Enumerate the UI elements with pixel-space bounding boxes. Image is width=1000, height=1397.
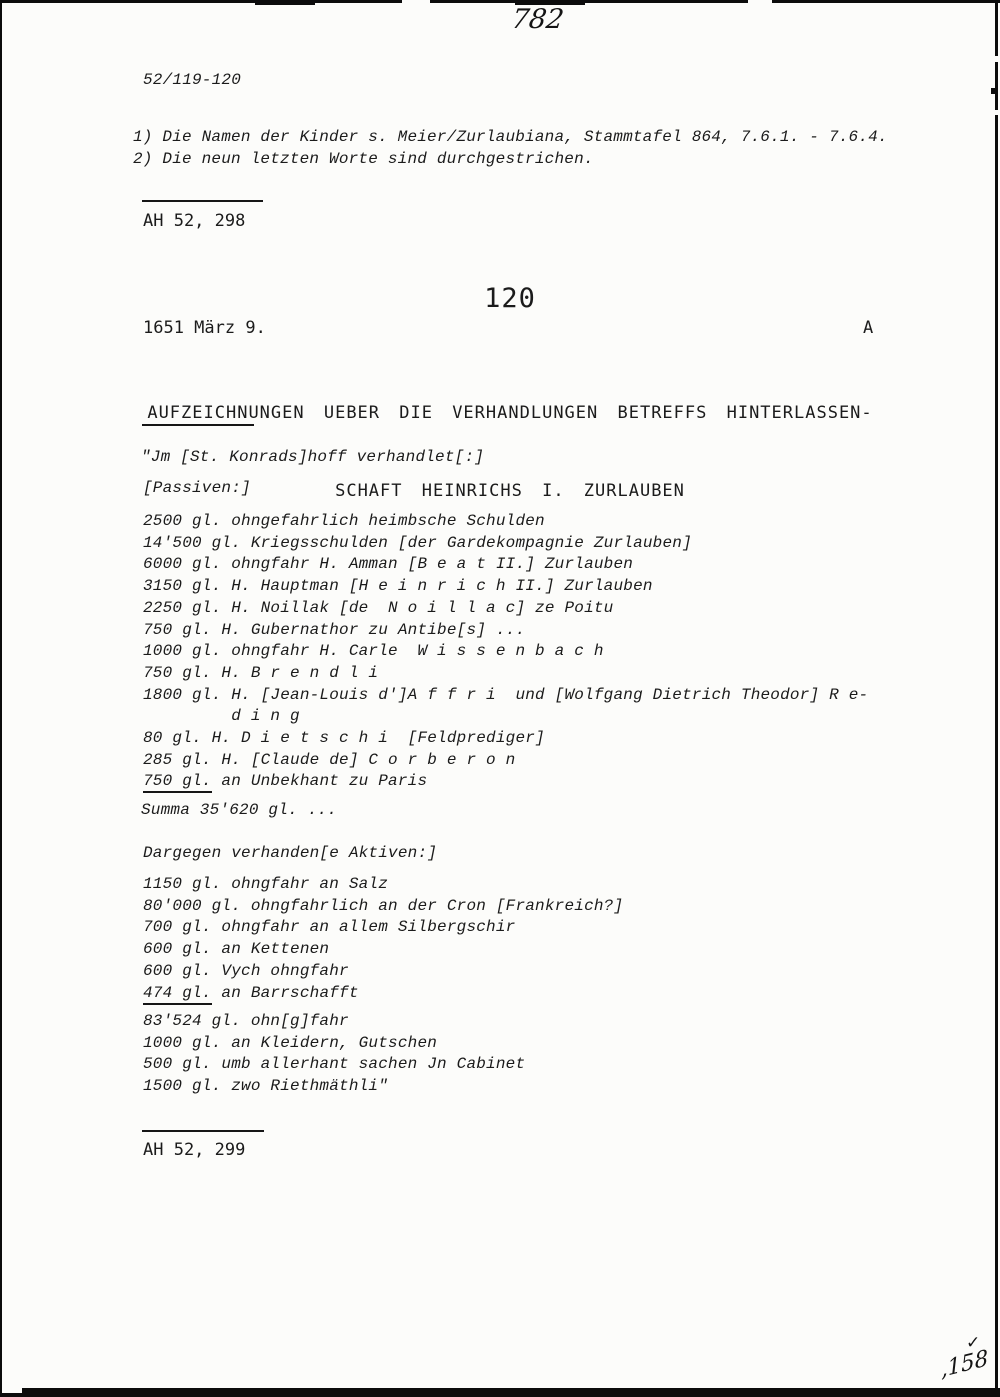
document-line: 600 gl. an Kettenen xyxy=(143,939,623,961)
source-citation-prev: AH 52, 298 xyxy=(143,211,245,231)
document-title-line2: SCHAFT HEINRICHS I. ZURLAUBEN xyxy=(143,478,877,504)
scanned-document-page: 782 52/119-120 1) Die Namen der Kinder s… xyxy=(0,0,1000,1397)
document-line: 83'524 gl. ohn[g]fahr xyxy=(143,1011,525,1033)
aktiven-list: 1150 gl. ohngfahr an Salz80'000 gl. ohng… xyxy=(143,874,623,1004)
archive-reference: 52/119-120 xyxy=(143,71,241,89)
document-line: 1800 gl. H. [Jean-Louis d']A f f r i und… xyxy=(143,685,868,707)
scan-border-right xyxy=(995,0,998,1397)
document-line: 80'000 gl. ohngfahrlich an der Cron [Fra… xyxy=(143,896,623,918)
document-line: 500 gl. umb allerhant sachen Jn Cabinet xyxy=(143,1054,525,1076)
document-number: 120 xyxy=(143,283,877,314)
separator-rule xyxy=(142,200,263,202)
scan-border-right xyxy=(991,88,998,94)
aktiven-label: Dargegen verhanden[e Aktiven:] xyxy=(143,844,437,862)
scan-border-gap xyxy=(994,110,1000,115)
footnotes: 1) Die Namen der Kinder s. Meier/Zurlaub… xyxy=(133,127,888,170)
scan-border-left xyxy=(0,0,2,1397)
document-line: 14'500 gl. Kriegsschulden [der Gardekomp… xyxy=(143,533,868,555)
document-line: 750 gl. an Unbekhant zu Paris xyxy=(143,771,868,793)
aktiven-total-list: 83'524 gl. ohn[g]fahr1000 gl. an Kleider… xyxy=(143,1011,525,1098)
scan-border-top xyxy=(0,0,402,3)
underlined-amount: 750 gl. xyxy=(143,772,212,793)
separator-rule xyxy=(142,424,254,426)
handwritten-folio-number: 782 xyxy=(510,4,566,35)
document-line: 600 gl. Vych ohngfahr xyxy=(143,961,623,983)
passiven-list: 2500 gl. ohngefahrlich heimbsche Schulde… xyxy=(143,511,868,793)
separator-rule xyxy=(142,1130,264,1132)
document-line: 1) Die Namen der Kinder s. Meier/Zurlaub… xyxy=(133,127,888,149)
document-line: d i n g xyxy=(143,706,868,728)
scan-border-top xyxy=(255,0,315,5)
document-title-line1: AUFZEICHNUNGEN UEBER DIE VERHANDLUNGEN B… xyxy=(143,400,877,426)
scan-border-gap xyxy=(994,56,1000,62)
scan-border-bottom xyxy=(22,1388,1000,1397)
source-citation-next: AH 52, 299 xyxy=(143,1140,245,1160)
document-line: 1150 gl. ohngfahr an Salz xyxy=(143,874,623,896)
document-line: 80 gl. H. D i e t s c h i [Feldprediger] xyxy=(143,728,868,750)
scan-border-top xyxy=(772,0,1000,3)
scan-border-bottom xyxy=(0,1393,24,1397)
quote-opening-line: "Jm [St. Konrads]hoff verhandlet[:] xyxy=(141,448,484,466)
document-line: 285 gl. H. [Claude de] C o r b e r o n xyxy=(143,750,868,772)
scan-border-top xyxy=(430,0,748,3)
document-line: 474 gl. an Barrschafft xyxy=(143,983,623,1005)
summa-line: Summa 35'620 gl. ... xyxy=(141,801,337,819)
document-date: 1651 März 9. xyxy=(143,318,266,338)
document-line: 6000 gl. ohngfahr H. Amman [B e a t II.]… xyxy=(143,554,868,576)
document-line: 1500 gl. zwo Riethmäthli" xyxy=(143,1076,525,1098)
document-line: 750 gl. H. B r e n d l i xyxy=(143,663,868,685)
document-line: 700 gl. ohngfahr an allem Silbergschir xyxy=(143,917,623,939)
underlined-amount: 474 gl. xyxy=(143,984,212,1005)
document-line: 3150 gl. H. Hauptman [H e i n r i c h II… xyxy=(143,576,868,598)
document-line: 1000 gl. an Kleidern, Gutschen xyxy=(143,1033,525,1055)
passiven-label: [Passiven:] xyxy=(143,479,251,497)
handwritten-note: ,158 xyxy=(940,1346,989,1383)
document-line: 750 gl. H. Gubernathor zu Antibe[s] ... xyxy=(143,620,868,642)
document-letter: A xyxy=(863,318,873,338)
document-line: 2) Die neun letzten Worte sind durchgest… xyxy=(133,149,888,171)
document-line: 2250 gl. H. Noillak [de N o i l l a c] z… xyxy=(143,598,868,620)
document-line: 1000 gl. ohngfahr H. Carle W i s s e n b… xyxy=(143,641,868,663)
document-line: 2500 gl. ohngefahrlich heimbsche Schulde… xyxy=(143,511,868,533)
